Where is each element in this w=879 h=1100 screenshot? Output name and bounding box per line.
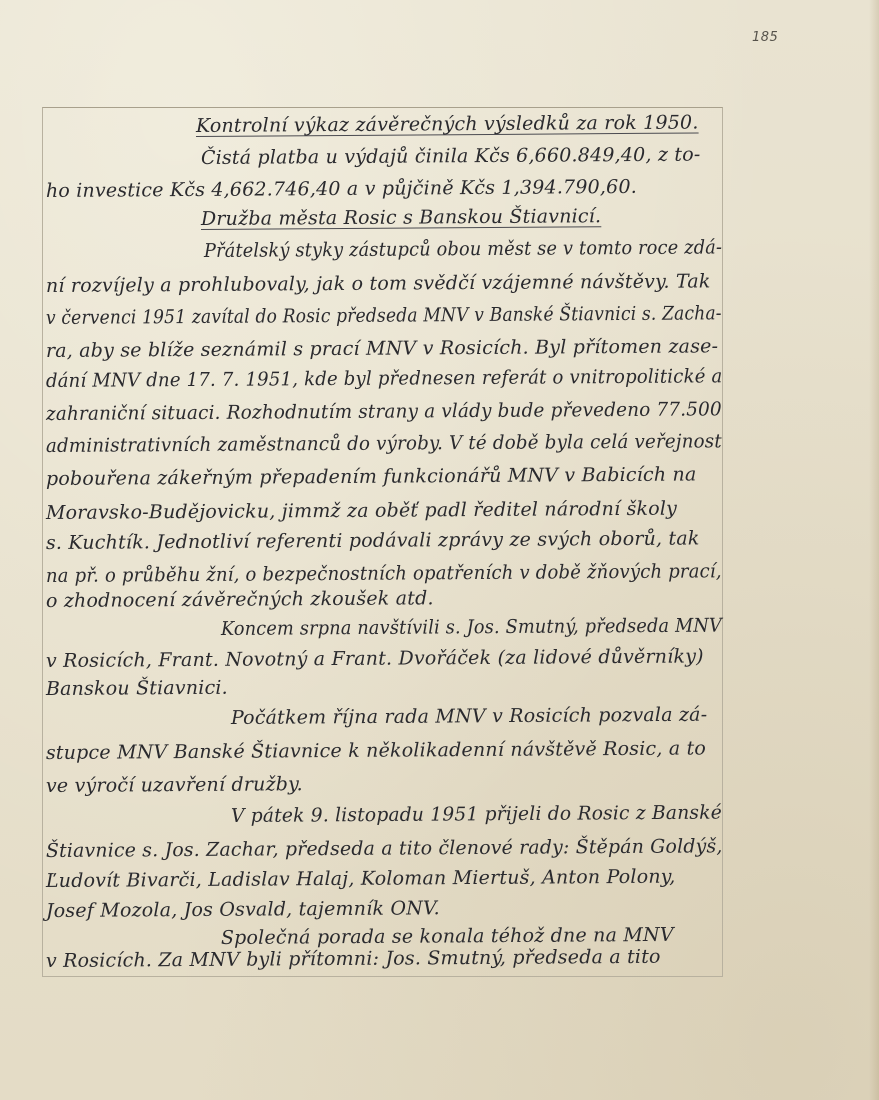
handwritten-chronicle-text: Kontrolní výkaz závěrečných výsledků za … [42,107,742,977]
page-number: 185 [752,30,778,45]
text-line: v Rosicích, Frant. Novotný a Frant. Dvoř… [46,645,704,672]
text-line: v červenci 1951 zavítal do Rosic předsed… [46,302,722,329]
text-line: Štiavnice s. Jos. Zachar, předseda a tit… [46,835,723,862]
heading-financial-report: Kontrolní výkaz závěrečných výsledků za … [196,111,699,137]
page-edge-shadow [869,0,879,1100]
text-line: stupce MNV Banské Štiavnice k několikade… [46,737,706,764]
text-line: Moravsko-Budějovicku, jimmž za oběť padl… [46,498,677,524]
text-line: pobouřena zákeřným přepadením funkcionář… [46,463,697,490]
heading-town-partnership: Družba města Rosic s Banskou Štiavnicí. [201,205,601,230]
text-line: Ľudovít Bivarči, Ladislav Halaj, Koloman… [46,866,676,892]
text-line: zahraniční situaci. Rozhodnutím strany a… [46,398,722,425]
text-line: na př. o průběhu žní, o bezpečnostních o… [46,560,722,587]
text-line: dání MNV dne 17. 7. 1951, kde byl předne… [46,365,723,392]
text-line: o zhodnocení závěrečných zkoušek atd. [46,587,434,612]
text-line: Koncem srpna navštívili s. Jos. Smutný, … [221,615,722,640]
text-line: ho investice Kčs 4,662.746,40 a v půjčin… [46,176,637,202]
text-line: Počátkem října rada MNV v Rosicích pozva… [231,704,708,729]
text-line: s. Kuchtík. Jednotliví referenti podával… [46,527,700,554]
text-line: administrativních zaměstnanců do výroby.… [46,430,722,457]
text-line: v Rosicích. Za MNV byli přítomni: Jos. S… [46,946,661,972]
text-line: Josef Mozola, Jos Osvald, tajemník ONV. [46,897,440,922]
text-line: Čistá platba u výdajů činila Kčs 6,660.8… [201,144,701,169]
text-line: V pátek 9. listopadu 1951 přijeli do Ros… [231,802,722,827]
text-line: Přátelský styky zástupců obou měst se v … [204,236,722,262]
text-line: ve výročí uzavření družby. [46,773,303,797]
text-line: ra, aby se blíže seznámil s prací MNV v … [46,335,718,362]
text-line: ní rozvíjely a prohlubovaly, jak o tom s… [46,270,711,297]
text-line: Banskou Štiavnici. [46,677,228,700]
